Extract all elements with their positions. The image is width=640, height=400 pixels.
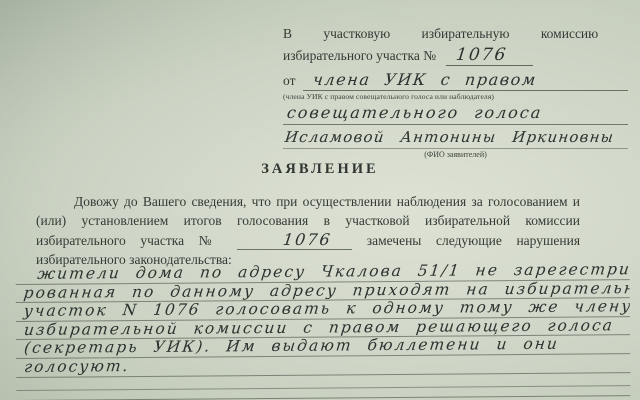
statement-body: Довожу до Вашего сведения, что при осуще…: [36, 192, 580, 269]
handwritten-complaint-block: жители дома по адресу Чкалова 51/1 не за…: [15, 261, 630, 400]
document-photo: В участковую избирательную комиссию изби…: [0, 0, 640, 400]
precinct-number-handwritten: 1076: [446, 45, 533, 66]
applicant-name-handwritten: Исламовой Антонины Иркиновны: [283, 128, 628, 149]
from-line: от члена УИК с правом: [283, 70, 628, 91]
precinct-label: избирательного участка №: [283, 48, 436, 64]
name-hint-caption: (ФИО заявителей): [283, 150, 628, 159]
from-role-handwritten: члена УИК с правом: [303, 70, 628, 91]
paper-sheet: В участковую избирательную комиссию изби…: [0, 0, 640, 400]
statement-title: ЗАЯВЛЕНИЕ: [0, 161, 640, 178]
from-label: от: [283, 73, 295, 89]
body-precinct-number-handwritten: 1076: [237, 230, 352, 250]
role-hint-caption: (члена УИК с правом совещательного голос…: [283, 92, 628, 101]
precinct-line: избирательного участка № 1076: [283, 45, 628, 66]
header-block: В участковую избирательную комиссию изби…: [283, 26, 628, 159]
addressee-line: В участковую избирательную комиссию: [283, 26, 628, 42]
role-handwritten: совещательного голоса: [283, 103, 628, 125]
